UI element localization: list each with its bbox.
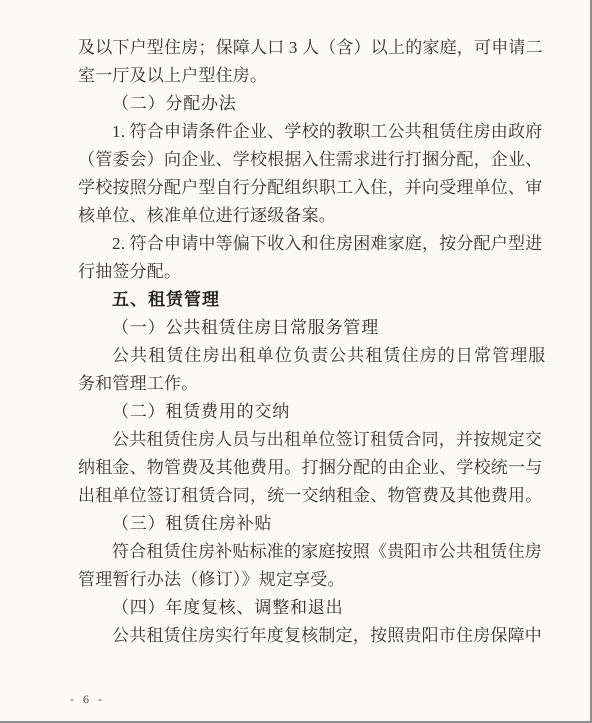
- document-body: 及以下户型住房；保障人口 3 人（含）以上的家庭，可申请二室一厅及以上户型住房。…: [78, 34, 578, 650]
- text-line: 学校按照分配户型自行分配组织职工入住，并向受理单位、审: [78, 174, 578, 202]
- text-line: 核单位、核准单位进行逐级备案。: [78, 202, 578, 230]
- section-heading-line: （一）公共租赁住房日常服务管理: [78, 314, 578, 342]
- text-line: 行抽签分配。: [78, 258, 578, 286]
- section-heading-line: （二）分配办法: [78, 90, 578, 118]
- section-heading-line: （四）年度复核、调整和退出: [78, 594, 578, 622]
- text-line: 管理暂行办法（修订）》规定享受。: [78, 566, 578, 594]
- page-number: - 6 -: [70, 692, 105, 707]
- text-line: 符合租赁住房补贴标准的家庭按照《贵阳市公共租赁住房: [78, 538, 578, 566]
- section-heading-line: （三）租赁住房补贴: [78, 510, 578, 538]
- text-line: 出租单位签订租赁合同，统一交纳租金、物管费及其他费用。: [78, 482, 578, 510]
- text-line: （管委会）向企业、学校根据入住需求进行打捆分配，企业、: [78, 146, 578, 174]
- text-line: 公共租赁住房人员与出租单位签订租赁合同，并按规定交: [78, 426, 578, 454]
- scanned-document-page: 及以下户型住房；保障人口 3 人（含）以上的家庭，可申请二室一厅及以上户型住房。…: [0, 0, 592, 723]
- text-line: 纳租金、物管费及其他费用。打捆分配的由企业、学校统一与: [78, 454, 578, 482]
- text-line: 公共租赁住房实行年度复核制定，按照贵阳市住房保障中: [78, 622, 578, 650]
- text-line: 务和管理工作。: [78, 370, 578, 398]
- text-line: 公共租赁住房出租单位负责公共租赁住房的日常管理服: [78, 342, 578, 370]
- text-line: 1. 符合申请条件企业、学校的教职工公共租赁住房由政府: [78, 118, 578, 146]
- section-heading-line: （二）租赁费用的交纳: [78, 398, 578, 426]
- text-line: 及以下户型住房；保障人口 3 人（含）以上的家庭，可申请二: [78, 34, 578, 62]
- text-line: 室一厅及以上户型住房。: [78, 62, 578, 90]
- text-line: 2. 符合申请中等偏下收入和住房困难家庭，按分配户型进: [78, 230, 578, 258]
- section-heading-line: 五、租赁管理: [78, 286, 578, 314]
